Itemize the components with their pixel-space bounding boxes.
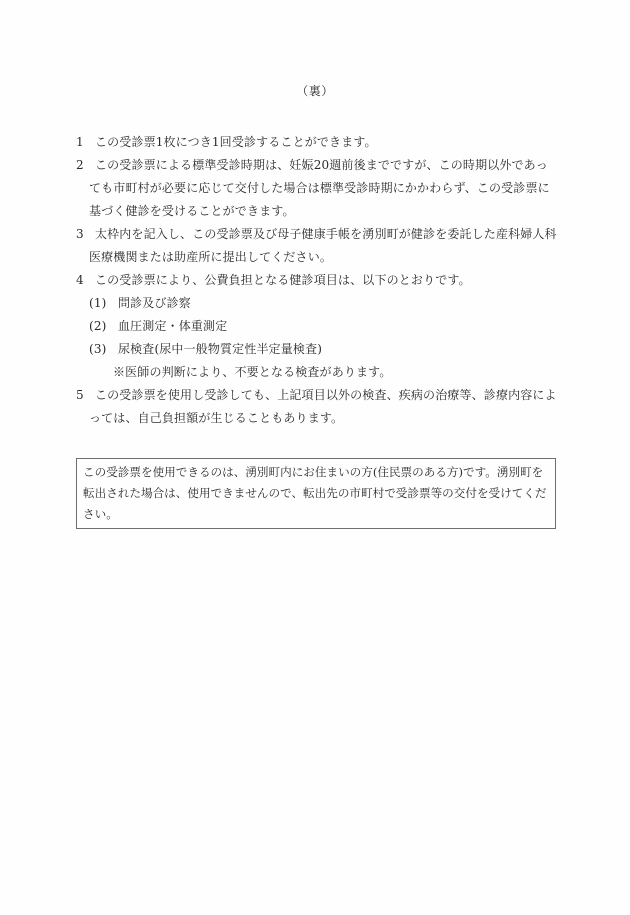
subitem-text: 問診及び診察 [118,296,191,310]
list-item-2: 2 この受診票による標準受診時期は、妊娠20週前後までですが、この時期以外であっ… [76,154,558,223]
item-number: 2 [76,154,89,177]
subitem-mark: (3) [89,338,106,361]
document-page: （裏） 1 この受診票1枚につき1回受診することができます。 2 この受診票によ… [0,0,630,915]
subitem-1: (1) 問診及び診察 [76,292,558,315]
item-text: この受診票1枚につき1回受診することができます。 [89,131,558,154]
item-text: この受診票を使用し受診しても、上記項目以外の検査、疾病の治療等、診療内容によって… [89,384,558,430]
item-text: 太枠内を記入し、この受診票及び母子健康手帳を湧別町が健診を委託した産科婦人科医療… [89,223,558,269]
item-text: この受診票による標準受診時期は、妊娠20週前後までですが、この時期以外であっても… [89,154,558,223]
subitem-3: (3) 尿検査(尿中一般物質定性半定量検査) [76,338,558,361]
instructions-list: 1 この受診票1枚につき1回受診することができます。 2 この受診票による標準受… [76,131,558,430]
item-4-note: ※医師の判断により、不要となる検査があります。 [76,361,558,384]
list-item-5: 5 この受診票を使用し受診しても、上記項目以外の検査、疾病の治療等、診療内容によ… [76,384,558,430]
item-number: 3 [76,223,89,246]
item-number: 1 [76,131,89,154]
subitem-2: (2) 血圧測定・体重測定 [76,315,558,338]
subitem-text: 血圧測定・体重測定 [118,319,227,333]
list-item-3: 3 太枠内を記入し、この受診票及び母子健康手帳を湧別町が健診を委託した産科婦人科… [76,223,558,269]
item-text: この受診票により、公費負担となる健診項目は、以下のとおりです。 [89,269,558,292]
item-number: 5 [76,384,89,407]
residency-notice-box: この受診票を使用できるのは、湧別町内にお住まいの方(住民票のある方)です。湧別町… [76,458,556,529]
page-heading: （裏） [0,82,630,100]
subitem-text: 尿検査(尿中一般物質定性半定量検査) [118,342,322,356]
subitem-mark: (2) [89,315,106,338]
item-number: 4 [76,269,89,292]
list-item-1: 1 この受診票1枚につき1回受診することができます。 [76,131,558,154]
subitem-mark: (1) [89,292,106,315]
list-item-4: 4 この受診票により、公費負担となる健診項目は、以下のとおりです。 [76,269,558,292]
